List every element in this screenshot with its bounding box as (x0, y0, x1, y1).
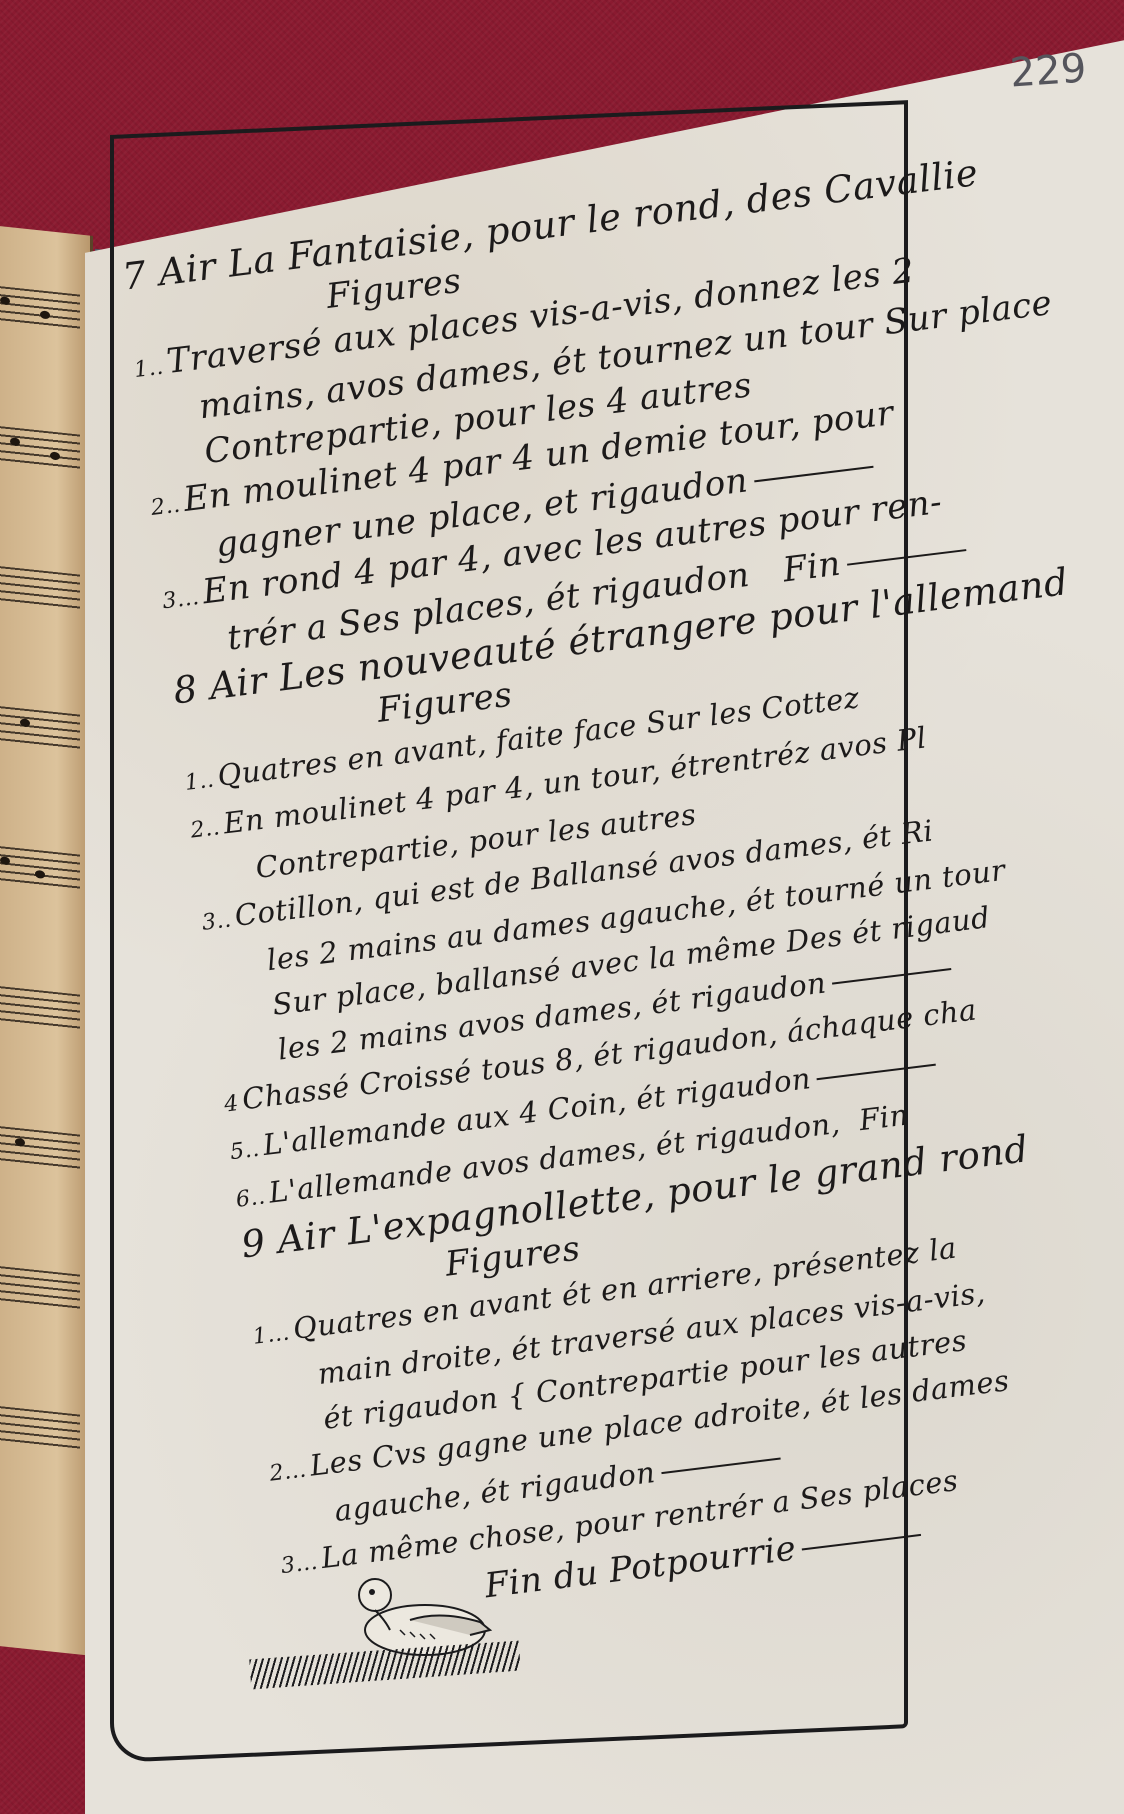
manuscript-text: 7 Air La Fantaisie, pour le rond, des Ca… (120, 158, 1083, 1634)
page-number: 229 (1008, 45, 1087, 96)
figure-number: 3... (161, 585, 201, 614)
figure-number: 2.. (150, 493, 182, 521)
left-page-music (0, 224, 93, 1656)
figure-number: 1... (251, 1320, 291, 1349)
line-flourish (661, 1458, 780, 1475)
figure-number: 1.. (133, 355, 165, 383)
line-flourish (817, 1064, 936, 1081)
line-flourish (832, 968, 951, 985)
figure-number: 1.. (183, 768, 215, 796)
figure-number: 4 (223, 1091, 240, 1118)
figure-number: 2.. (189, 815, 221, 843)
figure-number: 5.. (229, 1137, 261, 1165)
fin-mark: Fin (857, 1097, 910, 1137)
line-flourish (754, 466, 873, 483)
figure-number: 3.. (201, 907, 233, 935)
fin-mark: Fin (781, 544, 843, 591)
line-flourish (802, 1534, 921, 1551)
figure-number: 2... (268, 1457, 308, 1486)
figure-number: 3... (280, 1550, 320, 1579)
photo-scene: 229 7 Air La Fantaisie, pour le rond, de… (0, 0, 1124, 1814)
line-flourish (847, 549, 966, 566)
figure-number: 6.. (235, 1184, 267, 1212)
